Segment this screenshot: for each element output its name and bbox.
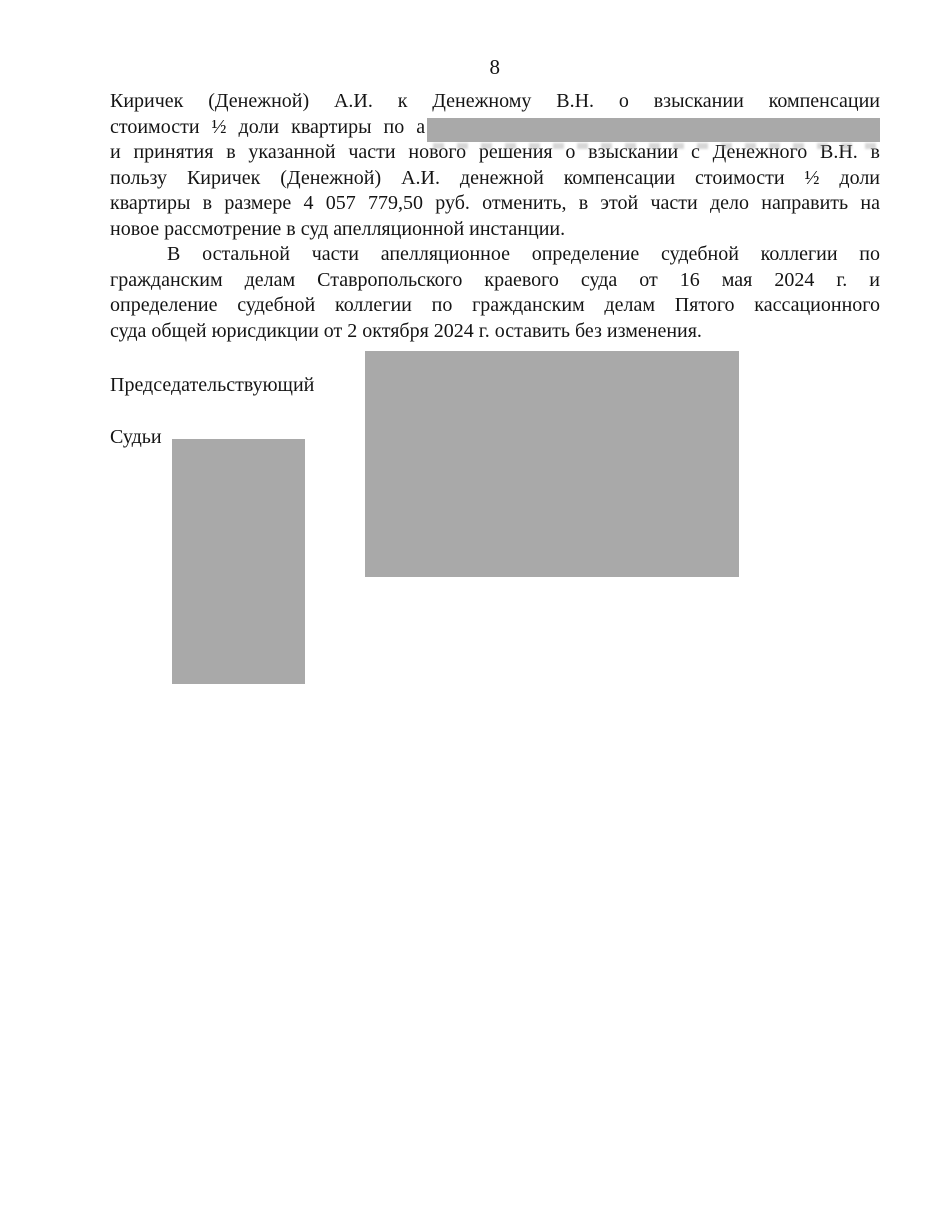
document-page: 8 Киричек (Денежной) А.И. к Денежному В.… [0,0,949,1212]
text-line: новое рассмотрение в суд апелляционной и… [110,217,880,243]
redaction-box-presiding-signature [365,351,739,577]
page-number: 8 [110,55,880,80]
text-line: квартиры в размере 4 057 779,50 руб. отм… [110,191,880,217]
text-line: определение судебной коллегии по граждан… [110,293,880,319]
judges-label: Судьи [110,426,162,449]
text-line: В остальной части апелляционное определе… [110,242,880,268]
text-line: суда общей юрисдикции от 2 октября 2024 … [110,319,880,345]
decision-body-text: Киричек (Денежной) А.И. к Денежному В.Н.… [110,89,880,344]
redaction-box-judge-signature [172,439,305,684]
text-line-with-redaction: стоимости ½ доли квартиры по а [110,115,880,141]
text-line: пользу Киричек (Денежной) А.И. денежной … [110,166,880,192]
redaction-ghost-artifact [433,143,879,149]
text-line: гражданским делам Ставропольского краево… [110,268,880,294]
presiding-judge-label: Председательствующий [110,374,314,397]
text-line: стоимости ½ доли квартиры по а [110,115,425,141]
text-line: Киричек (Денежной) А.И. к Денежному В.Н.… [110,89,880,115]
redaction-box-address [427,118,880,142]
